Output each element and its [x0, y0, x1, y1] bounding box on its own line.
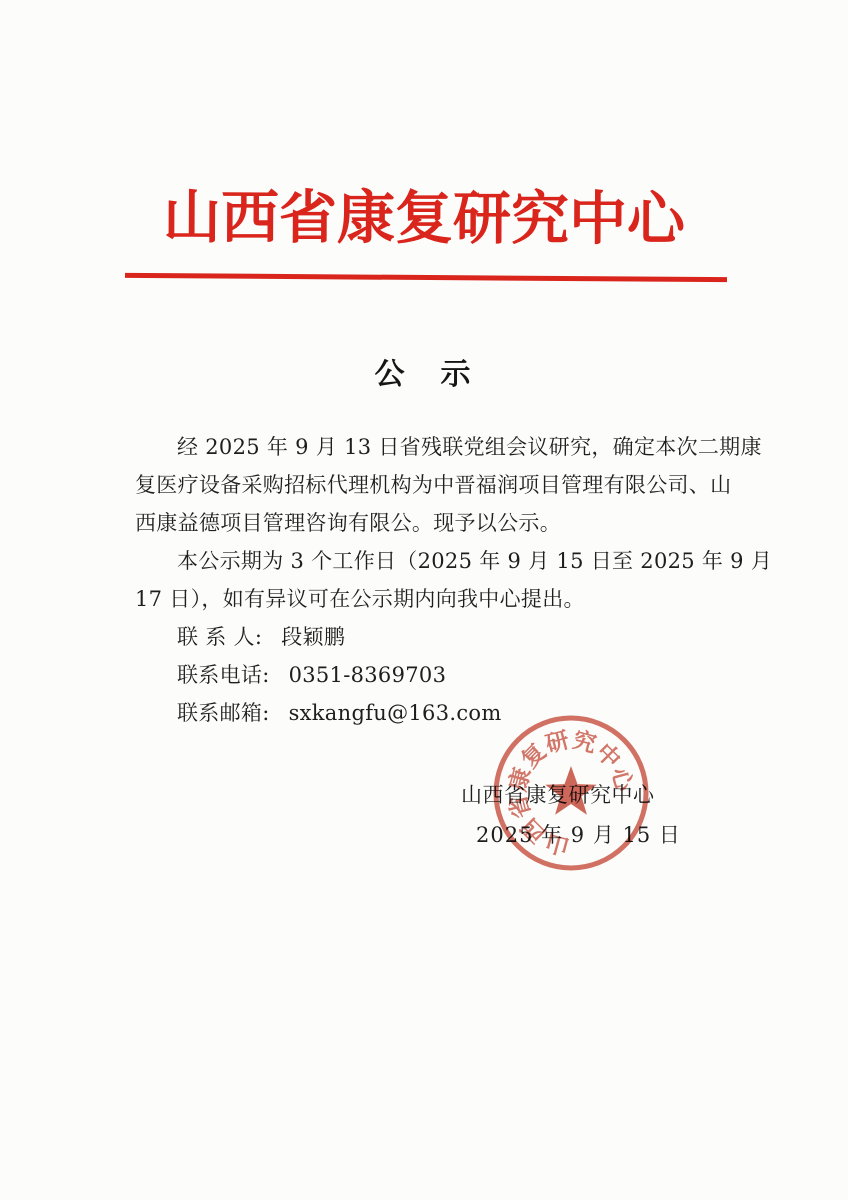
paragraph-line: 本公示期为 3 个工作日（2025 年 9 月 15 日至 2025 年 9 月	[135, 542, 731, 580]
contact-person-value: 段颖鹏	[281, 625, 345, 649]
document-page: 山西省康复研究中心 公 示 经 2025 年 9 月 13 日省残联党组会议研究…	[0, 0, 848, 1200]
contact-phone-value: 0351-8369703	[289, 663, 447, 687]
paragraph-line: 西康益德项目管理咨询有限公。现予以公示。	[135, 504, 731, 542]
paragraph-line: 复医疗设备采购招标代理机构为中晋福润项目管理有限公司、山	[135, 466, 731, 504]
contact-person-row: 联 系 人: 段颖鹏	[135, 618, 731, 656]
contact-phone-row: 联系电话: 0351-8369703	[135, 656, 731, 694]
paragraph-line: 17 日），如有异议可在公示期内向我中心提出。	[135, 580, 731, 618]
notice-title: 公 示	[0, 349, 848, 393]
contact-email-value: sxkangfu@163.com	[289, 701, 502, 725]
letterhead-title: 山西省康复研究中心	[0, 184, 848, 253]
contact-person-label: 联 系 人:	[177, 625, 262, 649]
paragraph-line: 经 2025 年 9 月 13 日省残联党组会议研究，确定本次二期康	[135, 428, 731, 466]
contact-email-label: 联系邮箱:	[177, 701, 270, 725]
letterhead: 山西省康复研究中心	[0, 184, 848, 253]
contact-phone-label: 联系电话:	[177, 663, 270, 687]
official-seal: 山 西 省 康 复 研 究 中 心	[484, 706, 658, 880]
seal-star-icon	[545, 766, 596, 815]
letterhead-rule	[125, 273, 727, 282]
body-text: 经 2025 年 9 月 13 日省残联党组会议研究，确定本次二期康 复医疗设备…	[135, 428, 731, 732]
